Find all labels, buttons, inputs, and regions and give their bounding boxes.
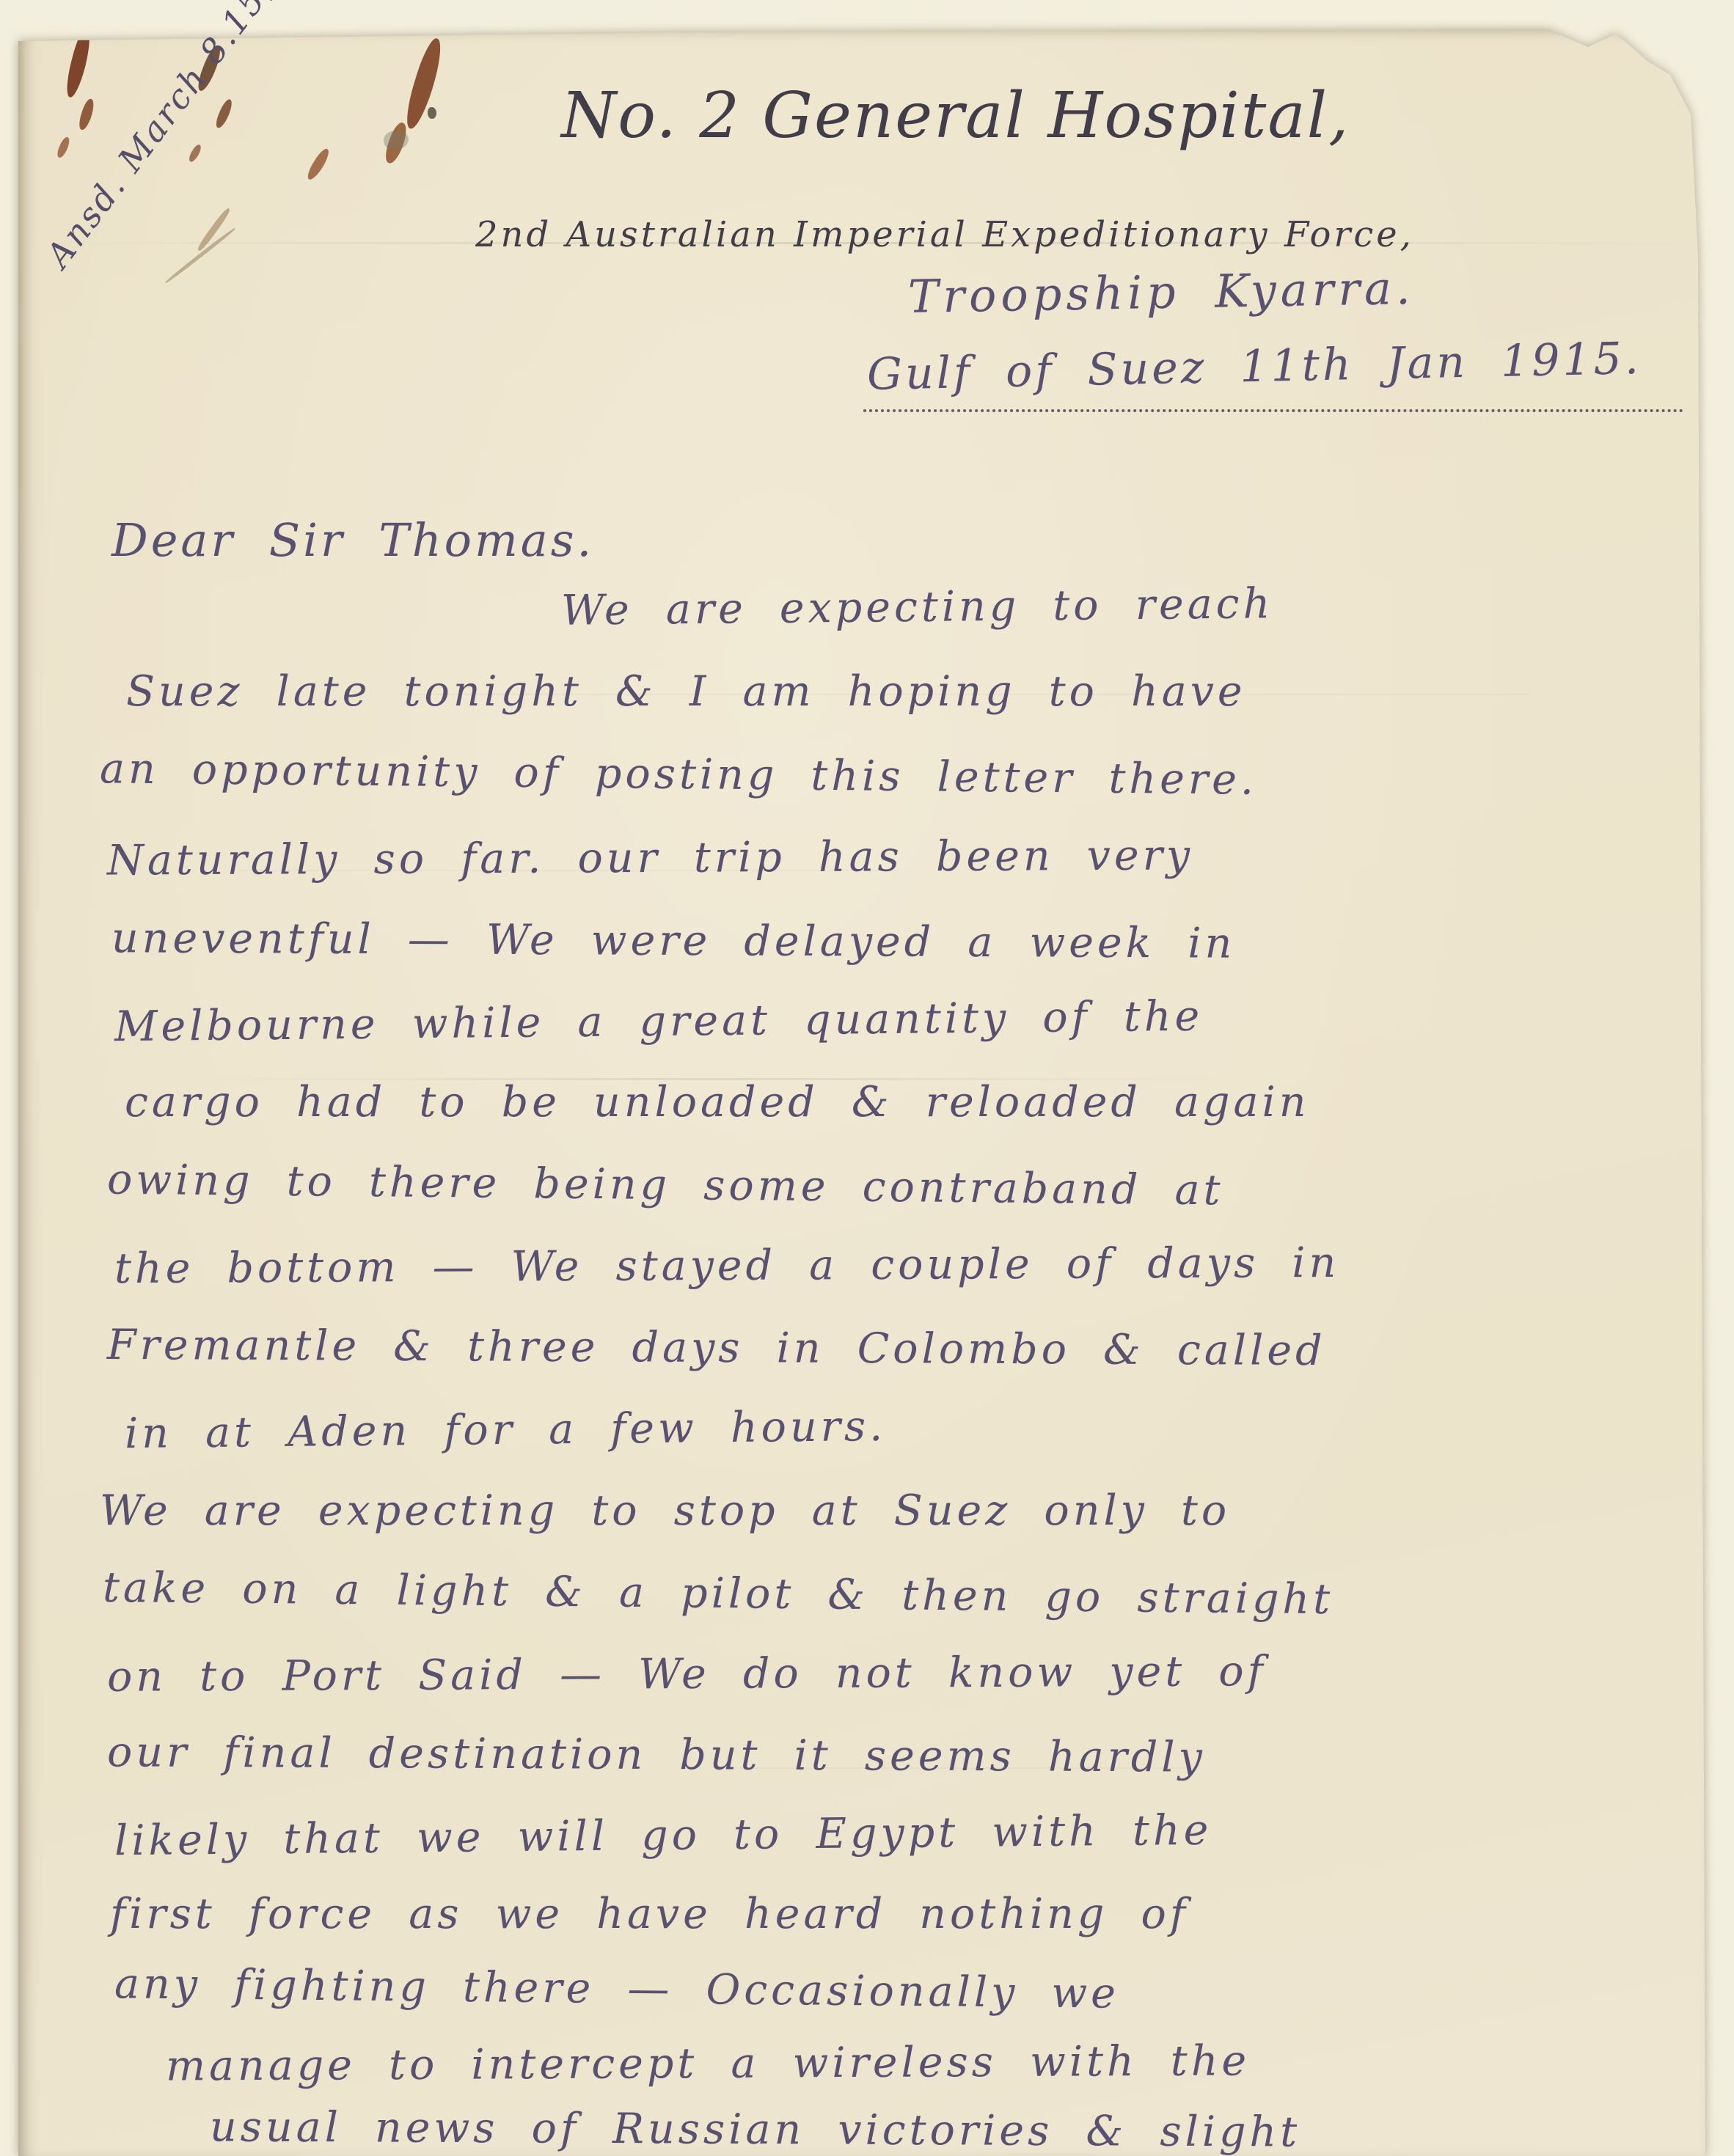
letter-line: the bottom — We stayed a couple of days … bbox=[114, 1242, 1340, 1290]
rust-stain bbox=[187, 143, 203, 164]
letter-line: in at Aden for a few hours. bbox=[125, 1406, 887, 1455]
letter-line: We are expecting to reach bbox=[561, 583, 1274, 631]
letter-line: Melbourne while a great quantity of the bbox=[114, 996, 1204, 1049]
letter-line: on to Port Said — We do not know yet of bbox=[107, 1651, 1267, 1698]
letter-line: take on a light & a pilot & then go stra… bbox=[103, 1567, 1334, 1621]
letter-line: Fremantle & three days in Colombo & call… bbox=[107, 1324, 1326, 1372]
rust-stain bbox=[304, 147, 332, 182]
letterhead-subtitle: 2nd Australian Imperial Expeditionary Fo… bbox=[475, 214, 1414, 255]
letter-line: first force as we have heard nothing of bbox=[110, 1893, 1189, 1935]
salutation: Dear Sir Thomas. bbox=[111, 518, 594, 563]
letter-line: our final destination but it seems hardl… bbox=[107, 1731, 1206, 1778]
letter-line: an opportunity of posting this letter th… bbox=[100, 748, 1258, 801]
letter-line: owing to there being some contraband at bbox=[107, 1159, 1224, 1212]
ship-line: Troopship Kyarra. bbox=[908, 265, 1416, 320]
rust-stain bbox=[428, 107, 436, 119]
dateline-rule bbox=[863, 409, 1683, 412]
letter-line: usual news of Russian victories & slight bbox=[210, 2106, 1300, 2153]
letter-line: any fighting there — Occasionally we bbox=[114, 1963, 1119, 2014]
letter-line: cargo had to be unloaded & reloaded agai… bbox=[125, 1082, 1309, 1123]
letter-line: manage to intercept a wireless with the bbox=[166, 2040, 1250, 2087]
rust-stain bbox=[55, 136, 71, 159]
rust-stain bbox=[77, 98, 97, 131]
rust-stain bbox=[63, 27, 95, 99]
rust-stain bbox=[164, 227, 236, 285]
letter-line: likely that we will go to Egypt with the bbox=[114, 1810, 1212, 1863]
letter-line: uneventful — We were delayed a week in bbox=[111, 917, 1236, 964]
rust-stain bbox=[213, 98, 235, 130]
letterhead-title: No. 2 General Hospital, bbox=[561, 79, 1350, 153]
rust-stain bbox=[401, 36, 447, 131]
letter-line: Suez late tonight & I am hoping to have bbox=[126, 671, 1246, 713]
letter-line: Naturally so far. our trip has been very bbox=[107, 835, 1193, 881]
scanned-letter: Ansd. March 8.15, No. 2 General Hospital… bbox=[0, 0, 1734, 2156]
letter-line: We are expecting to stop at Suez only to bbox=[100, 1490, 1230, 1532]
